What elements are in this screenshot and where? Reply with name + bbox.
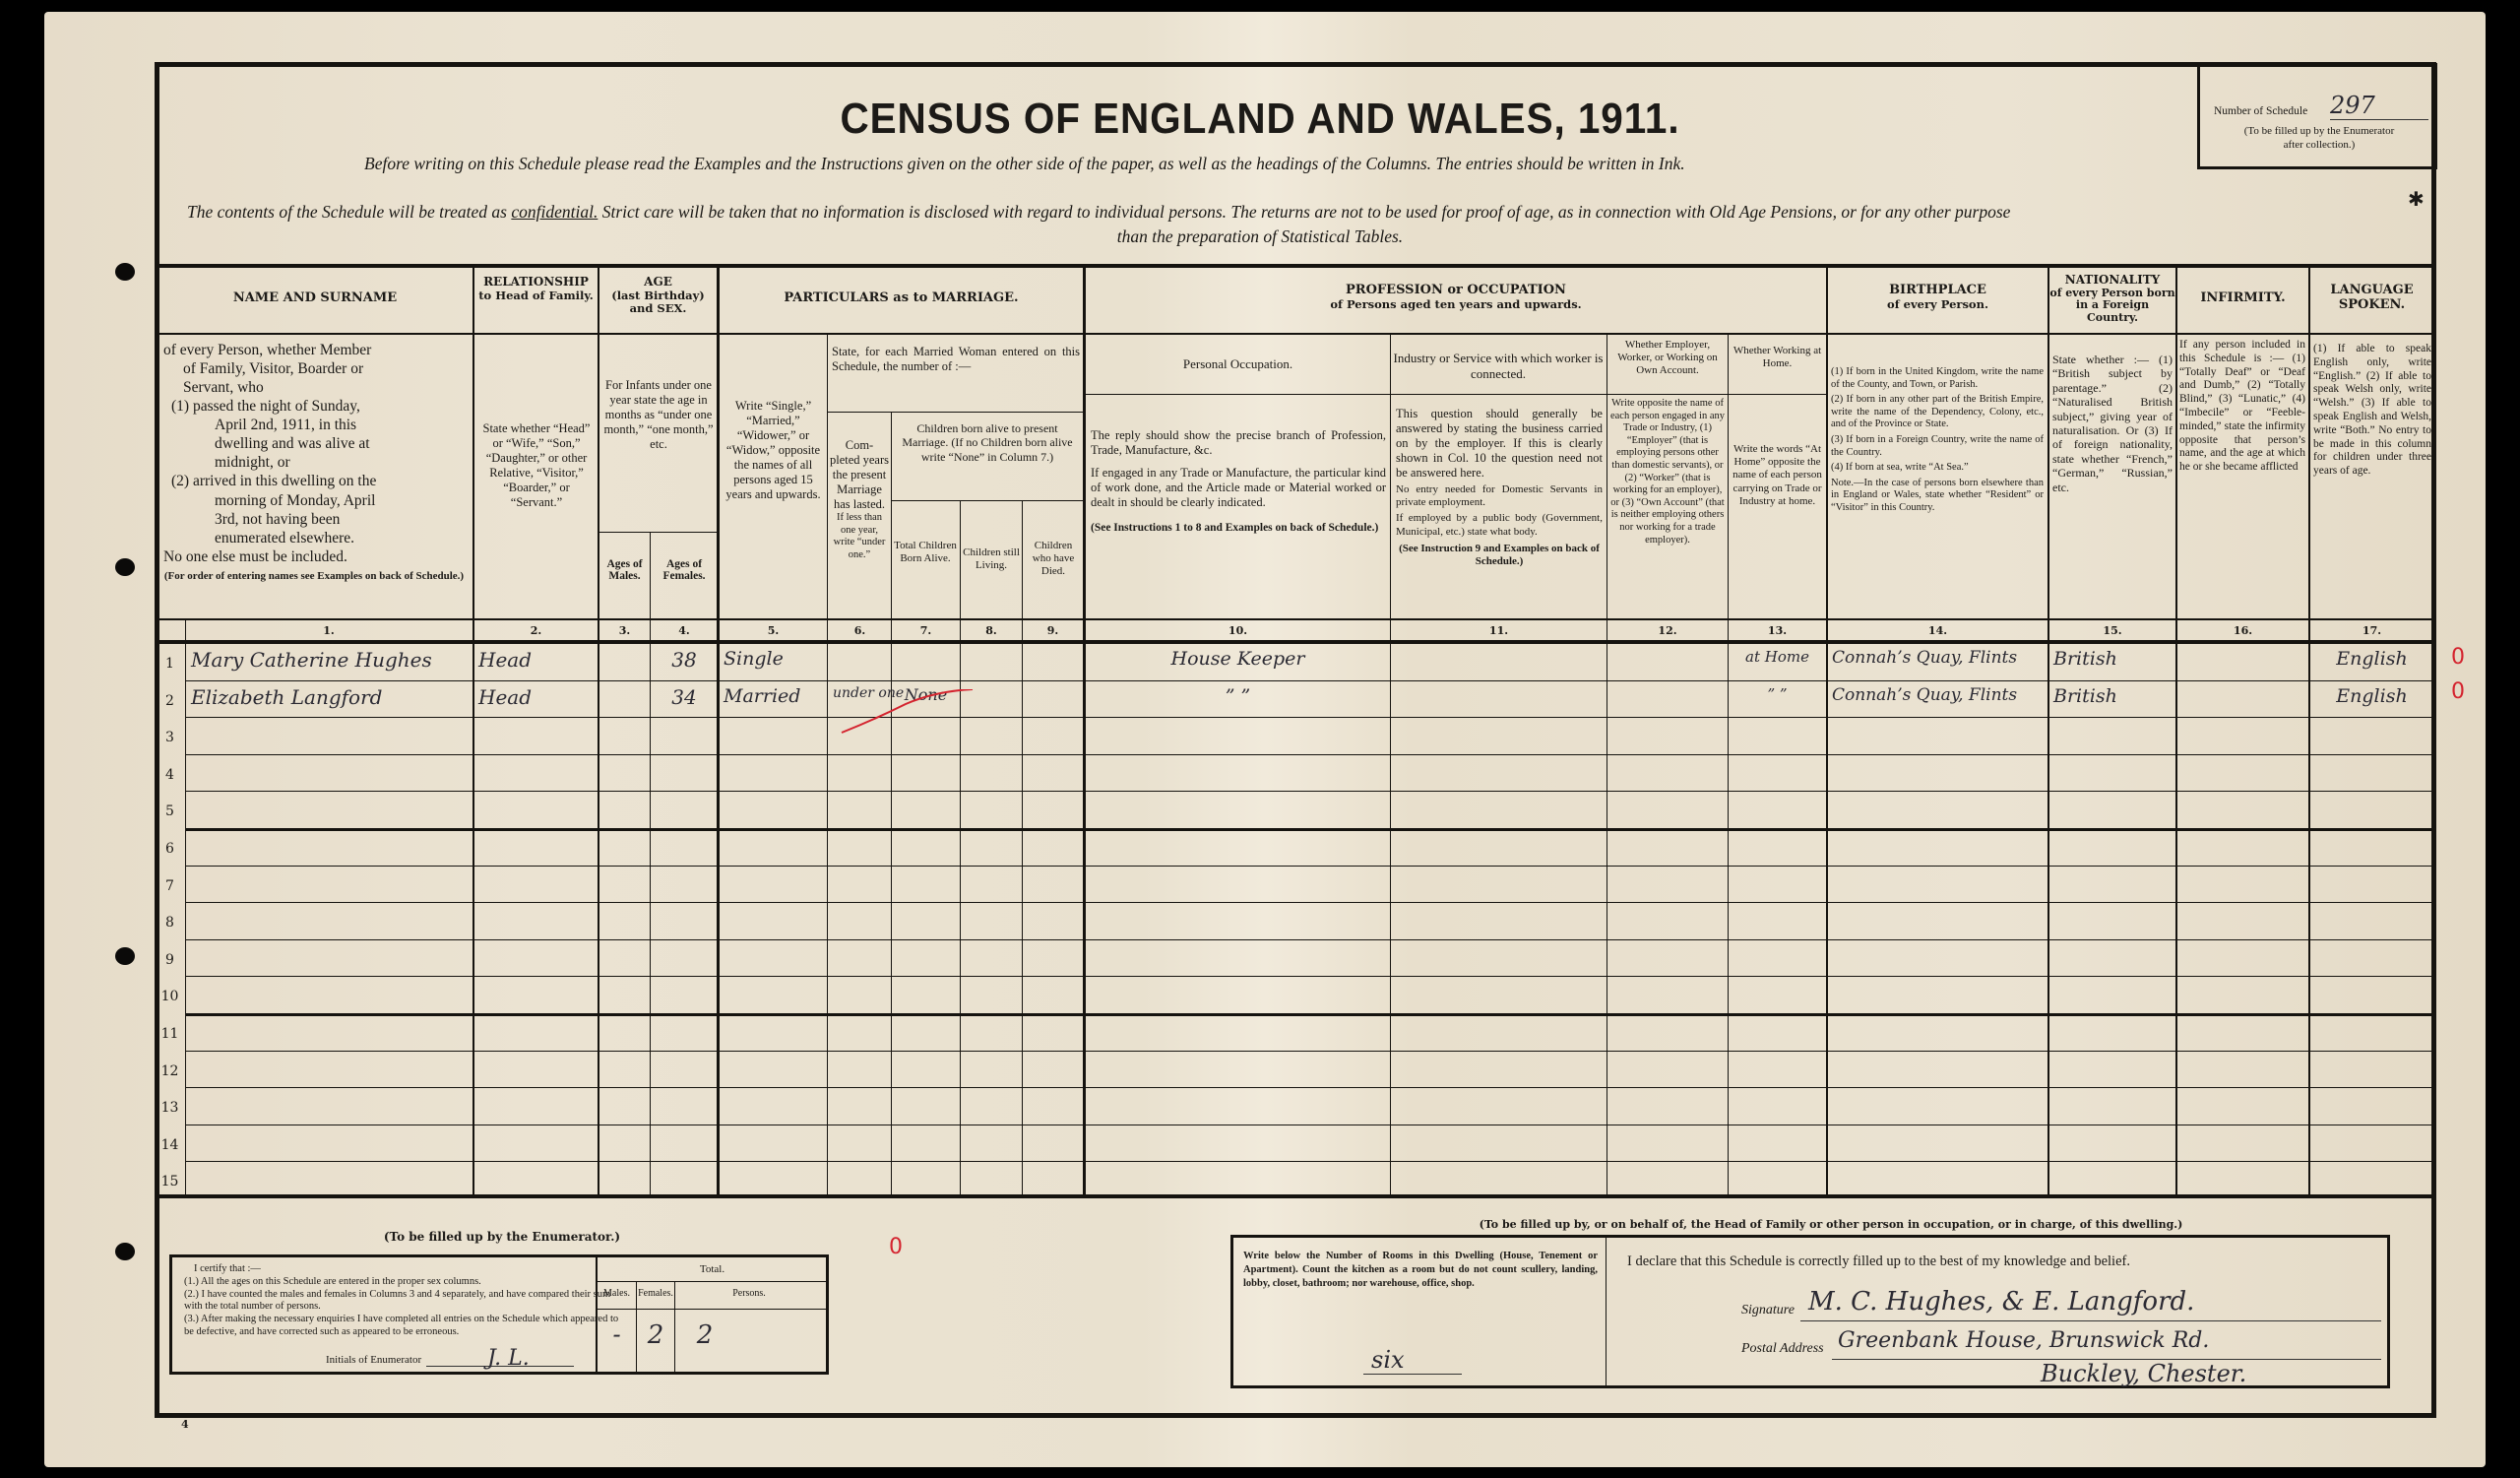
postal-address-line-1[interactable]: Greenbank House, Brunswick Rd. (1838, 1328, 2209, 1353)
cell-birthplace[interactable]: Connah’s Quay, Flints (1832, 648, 2044, 668)
row-number: 14 (155, 1137, 185, 1153)
row-number: 13 (155, 1100, 185, 1116)
totals-label: Total. (598, 1263, 827, 1276)
colnum-top-rule (155, 618, 2436, 620)
cell-condition[interactable]: Single (724, 648, 823, 670)
row-rule (185, 828, 2436, 831)
column-number: 16. (2177, 624, 2308, 637)
confidential-word: confidential. (511, 202, 598, 222)
age-subdivider (598, 532, 717, 533)
cell-name[interactable]: Elizabeth Langford (191, 685, 469, 709)
row-rule (185, 754, 2436, 755)
col-divider (827, 335, 828, 1196)
industry-description: This question should generally be answer… (1396, 407, 1603, 568)
header-divider (155, 333, 2436, 335)
col-divider (717, 266, 720, 1196)
name-column-description: of every Person, whether Member of Famil… (163, 341, 465, 583)
totals-hline (596, 1309, 827, 1310)
col-divider (1083, 266, 1086, 1196)
married-woman-subdivider (827, 412, 1083, 413)
margin-mark-row-2: 0 (2451, 679, 2465, 704)
employer-description: Write opposite the name of each person e… (1608, 398, 1727, 546)
column-number: 14. (1828, 624, 2047, 637)
employer-label: Whether Employer, Worker, or Working on … (1608, 339, 1727, 378)
column-number: 11. (1391, 624, 1606, 637)
cell-nationality[interactable]: British (2053, 685, 2172, 707)
total-females-value[interactable]: 2 (637, 1320, 674, 1350)
row-rule (185, 1125, 2436, 1125)
children-subdivider (891, 500, 1083, 501)
col-divider (1022, 500, 1023, 1196)
age-description: For Infants under one year state the age… (602, 378, 715, 452)
totals-hline (596, 1281, 827, 1282)
row-rule (185, 791, 2436, 792)
row-rule (185, 902, 2436, 903)
row-number: 15 (155, 1174, 185, 1189)
row-number: 7 (155, 878, 185, 894)
col-divider (472, 266, 474, 1196)
cell-relationship[interactable]: Head (478, 685, 594, 709)
header-birthplace: BIRTHPLACE of every Person. (1828, 284, 2047, 311)
col-divider (2308, 266, 2310, 1196)
cell-birthplace[interactable]: Connah’s Quay, Flints (1832, 685, 2044, 705)
signature-label: Signature (1741, 1303, 1795, 1318)
row-rule (185, 976, 2436, 977)
personal-occupation-label: Personal Occupation. (1088, 356, 1388, 372)
punch-hole (115, 558, 135, 576)
at-home-label: Whether Working at Home. (1730, 345, 1825, 370)
colnum-bottom-rule (155, 640, 2436, 644)
postal-address-line-2[interactable]: Buckley, Chester. (2041, 1360, 2246, 1387)
enumerator-red-mark: 0 (889, 1235, 903, 1259)
page-number: 4 (181, 1418, 189, 1431)
row-rule (185, 680, 2436, 681)
header-marriage: PARTICULARS as to MARRIAGE. (720, 291, 1083, 306)
row-number: 3 (155, 730, 185, 745)
ages-of-males-label: Ages of Males. (600, 559, 649, 582)
red-correction-stroke (837, 689, 975, 739)
enumerator-section-title: (To be filled up by the Enumerator.) (157, 1231, 847, 1245)
margin-mark-row-1: 0 (2451, 645, 2465, 670)
asterisk-mark-icon: ✱ (2408, 187, 2425, 211)
row-number: 2 (155, 693, 185, 709)
children-description: Children born alive to present Marriage.… (894, 421, 1081, 464)
relationship-description: State whether “Head” or “Wife,” “Son,” “… (478, 421, 595, 510)
signature-underline (1800, 1320, 2381, 1321)
header-occupation: PROFESSION or OCCUPATION of Persons aged… (1086, 284, 1826, 311)
condition-description: Write “Single,” “Married,” “Widower,” or… (722, 399, 825, 502)
cell-relationship[interactable]: Head (478, 648, 594, 672)
row-rule (185, 717, 2436, 718)
column-number: 1. (185, 624, 472, 637)
header-infirmity: INFIRMITY. (2177, 291, 2308, 306)
certificate-text: I certify that :— (1.) All the ages on t… (184, 1263, 622, 1339)
row-number: 12 (155, 1063, 185, 1079)
occupation-subdivider (1083, 394, 1826, 395)
schedule-number-note: (To be filled up by the Enumerator (2206, 125, 2432, 138)
ages-of-females-label: Ages of Females. (652, 559, 717, 582)
total-persons-value[interactable]: 2 (675, 1320, 734, 1350)
cell-age-female[interactable]: 34 (656, 685, 713, 709)
rooms-value[interactable]: six (1371, 1346, 1405, 1374)
header-language: LANGUAGE SPOKEN. (2310, 284, 2433, 313)
header-nationality: NATIONALITY of every Person born in a Fo… (2049, 274, 2175, 325)
punch-hole (115, 947, 135, 965)
header-relationship: RELATIONSHIP to Head of Family. (474, 276, 598, 302)
head-of-family-box: Write below the Number of Rooms in this … (1230, 1235, 2390, 1388)
row-number: 5 (155, 803, 185, 819)
header-age: AGE (last Birthday) and SEX. (599, 276, 717, 315)
confidential-line: The contents of the Schedule will be tre… (187, 202, 2010, 223)
column-number: 13. (1729, 624, 1826, 637)
at-home-description: Write the words “At Home” opposite the n… (1730, 443, 1825, 508)
row-number: 9 (155, 952, 185, 968)
instruction-line: Before writing on this Schedule please r… (364, 154, 1685, 174)
column-number: 17. (2310, 624, 2433, 637)
col-divider (2175, 266, 2177, 1196)
row-number: 8 (155, 915, 185, 931)
cell-nationality[interactable]: British (2053, 648, 2172, 670)
total-children-label: Total Children Born Alive. (892, 540, 959, 565)
column-number: 6. (829, 624, 891, 637)
row-rule (185, 1051, 2436, 1052)
persons-label: Persons. (675, 1288, 823, 1300)
col-divider (960, 500, 961, 1196)
table-bottom-rule (155, 1194, 2436, 1198)
married-woman-description: State, for each Married Woman entered on… (832, 345, 1080, 374)
col-divider (1826, 266, 1828, 1196)
personal-occupation-description: The reply should show the precise branch… (1091, 428, 1386, 536)
cell-name[interactable]: Mary Catherine Hughes (191, 648, 469, 672)
col-divider (891, 412, 892, 1196)
birthplace-description: (1) If born in the United Kingdom, write… (1831, 366, 2044, 515)
schedule-number-note-2: after collection.) (2206, 139, 2432, 152)
header-name: NAME AND SURNAME (157, 291, 472, 306)
schedule-number-label: Number of Schedule (2214, 105, 2307, 119)
rooms-divider (1606, 1238, 1606, 1385)
cell-at-home[interactable]: ” ” (1732, 685, 1822, 703)
schedule-number-value[interactable]: 297 (2330, 92, 2428, 120)
col-divider (598, 266, 599, 1196)
row-rule (185, 939, 2436, 940)
declaration-text: I declare that this Schedule is correctl… (1627, 1253, 2130, 1270)
signature-value[interactable]: M. C. Hughes, & E. Langford. (1808, 1287, 2194, 1317)
enumerator-initials[interactable]: J. L. (487, 1346, 530, 1371)
rownum-divider (185, 620, 186, 1196)
industry-label: Industry or Service with which worker is… (1392, 351, 1605, 381)
enumerator-certificate-box: I certify that :— (1.) All the ages on t… (169, 1254, 829, 1375)
cell-language[interactable]: English (2314, 648, 2429, 670)
cell-language[interactable]: English (2314, 685, 2429, 707)
column-number: 8. (961, 624, 1022, 637)
row-number: 10 (155, 989, 185, 1004)
column-number: 3. (599, 624, 650, 637)
col-divider (650, 532, 651, 1196)
col-divider (2047, 266, 2049, 1196)
column-number: 9. (1023, 624, 1083, 637)
cell-at-home[interactable]: at Home (1732, 648, 1822, 666)
column-number: 7. (892, 624, 960, 637)
language-description: (1) If able to speak English only, write… (2313, 343, 2431, 479)
head-of-family-title: (To be filled up by, or on behalf of, th… (1221, 1219, 2441, 1232)
column-number: 12. (1607, 624, 1728, 637)
col-divider (1390, 335, 1391, 1196)
years-married-description: Com- pleted years the present Marriage h… (829, 438, 890, 561)
rooms-underline (1363, 1374, 1462, 1375)
column-number: 4. (652, 624, 717, 637)
postal-address-label: Postal Address (1741, 1341, 1824, 1357)
cell-age-female[interactable]: 38 (656, 648, 713, 672)
row-number: 11 (155, 1026, 185, 1042)
cell-occupation[interactable]: ” ” (1090, 685, 1386, 707)
total-males-value[interactable]: - (598, 1320, 636, 1348)
punch-hole (115, 1243, 135, 1260)
initials-label: Initials of Enumerator (326, 1354, 421, 1367)
confidential-line-2: than the preparation of Statistical Tabl… (0, 226, 2520, 247)
schedule-number-box: Number of Schedule 297 (To be filled up … (2197, 63, 2437, 169)
row-rule (185, 1087, 2436, 1088)
infirmity-description: If any person included in this Schedule … (2179, 339, 2305, 475)
row-number: 1 (155, 656, 185, 672)
males-label: Males. (598, 1288, 636, 1300)
column-number: 5. (720, 624, 827, 637)
row-rule (185, 1161, 2436, 1162)
page-title: CENSUS OF ENGLAND AND WALES, 1911. (100, 95, 2419, 144)
col-divider (1728, 335, 1729, 1196)
column-number: 15. (2049, 624, 2175, 637)
nationality-description: State whether :— (1) “British subject by… (2052, 353, 2173, 494)
column-number: 10. (1086, 624, 1390, 637)
col-divider (1606, 335, 1607, 1196)
cell-condition[interactable]: Married (724, 685, 823, 707)
row-rule (185, 1013, 2436, 1016)
females-label: Females. (637, 1288, 674, 1300)
children-living-label: Children still Living. (962, 546, 1021, 572)
cell-occupation[interactable]: House Keeper (1090, 648, 1386, 670)
row-number: 6 (155, 841, 185, 857)
punch-hole (115, 263, 135, 281)
row-number: 4 (155, 767, 185, 783)
row-rule (185, 866, 2436, 867)
table-top-rule (155, 264, 2436, 268)
children-died-label: Children who have Died. (1024, 540, 1083, 579)
rooms-instruction: Write below the Number of Rooms in this … (1243, 1250, 1598, 1292)
column-number: 2. (474, 624, 598, 637)
